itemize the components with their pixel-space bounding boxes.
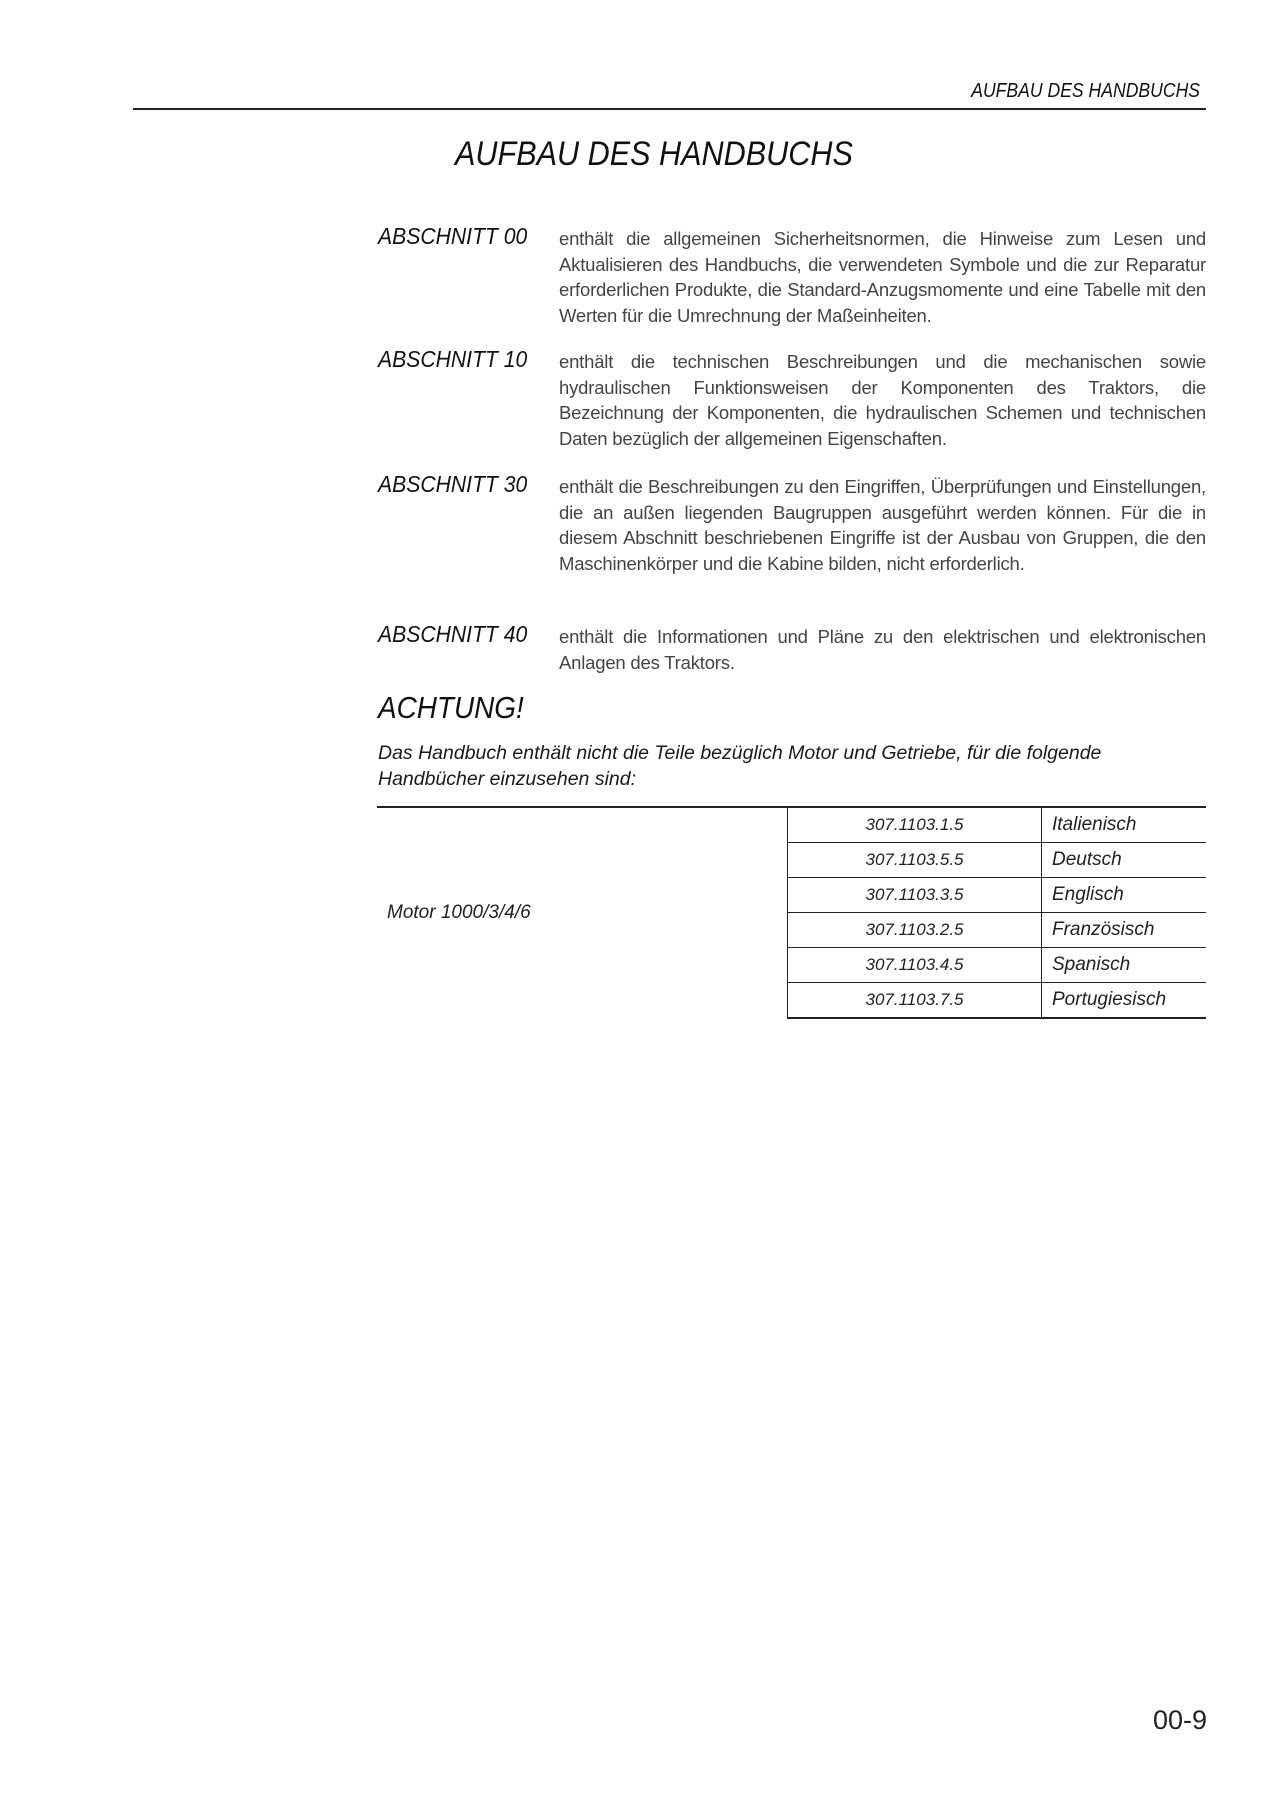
section-label: ABSCHNITT 40 (378, 621, 527, 648)
engine-cell: Motor 1000/3/4/6 (377, 807, 788, 1018)
manual-language: Deutsch (1042, 843, 1207, 878)
header-rule (133, 108, 1206, 110)
section-40: ABSCHNITT 40 enthält die Informationen u… (378, 621, 1206, 675)
table-row: Motor 1000/3/4/6307.1103.1.5Italienisch (377, 807, 1206, 843)
page-title: AUFBAU DES HANDBUCHS (455, 135, 853, 174)
manual-code: 307.1103.1.5 (788, 807, 1042, 843)
section-10: ABSCHNITT 10 enthält die technischen Bes… (378, 346, 1206, 451)
running-header: AUFBAU DES HANDBUCHS (971, 80, 1200, 103)
manual-language: Englisch (1042, 878, 1207, 913)
manual-code: 307.1103.2.5 (788, 913, 1042, 948)
section-label: ABSCHNITT 30 (378, 471, 527, 498)
section-text: enthält die Informationen und Pläne zu d… (559, 621, 1206, 675)
page-number: 00-9 (1153, 1705, 1207, 1736)
manual-language: Portugiesisch (1042, 983, 1207, 1019)
manual-code: 307.1103.7.5 (788, 983, 1042, 1019)
section-text: enthält die technischen Beschreibungen u… (559, 346, 1206, 451)
warning-title: ACHTUNG! (378, 690, 524, 726)
manual-code: 307.1103.5.5 (788, 843, 1042, 878)
section-label: ABSCHNITT 10 (378, 346, 527, 373)
warning-note: Das Handbuch enthält nicht die Teile bez… (378, 740, 1208, 792)
section-30: ABSCHNITT 30 enthält die Beschreibungen … (378, 471, 1206, 576)
manuals-table: Motor 1000/3/4/6307.1103.1.5Italienisch3… (377, 806, 1206, 1019)
manual-language: Französisch (1042, 913, 1207, 948)
manual-code: 307.1103.4.5 (788, 948, 1042, 983)
section-00: ABSCHNITT 00 enthält die allgemeinen Sic… (378, 223, 1206, 328)
manual-language: Italienisch (1042, 807, 1207, 843)
manual-code: 307.1103.3.5 (788, 878, 1042, 913)
section-text: enthält die Beschreibungen zu den Eingri… (559, 471, 1206, 576)
manual-language: Spanisch (1042, 948, 1207, 983)
section-label: ABSCHNITT 00 (378, 223, 527, 250)
section-text: enthält die allgemeinen Sicherheitsnorme… (559, 223, 1206, 328)
